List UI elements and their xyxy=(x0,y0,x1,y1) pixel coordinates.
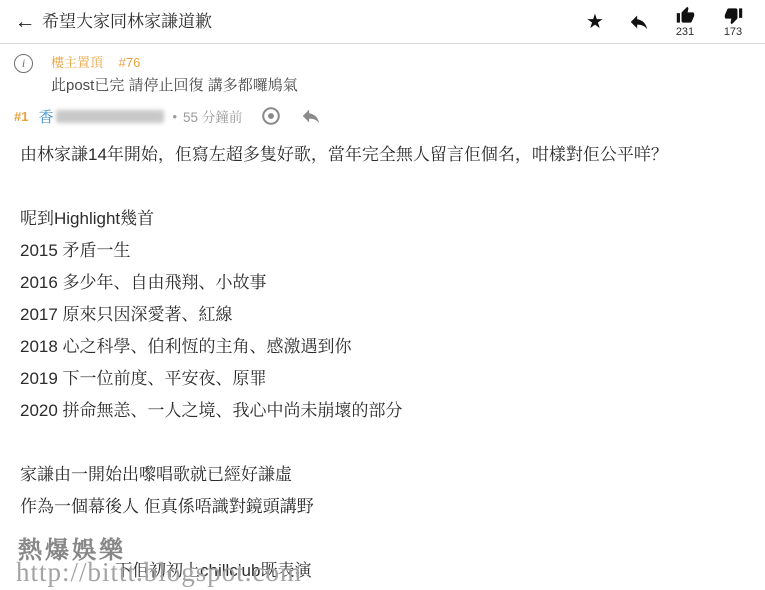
dislike-button[interactable]: 173 xyxy=(711,0,755,38)
star-icon: ★ xyxy=(586,9,604,34)
notice-body: 樓主置頂 #76 此post已完 請停止回復 講多都囉鳩氣 xyxy=(37,52,298,95)
content-line xyxy=(20,171,747,203)
top-app-bar: ← 希望大家同林家謙道歉 ★ 231 xyxy=(0,0,765,44)
content-line xyxy=(20,427,747,459)
back-arrow-icon: ← xyxy=(15,10,36,34)
content-line: 2016 多少年、自由飛翔、小故事 xyxy=(20,267,747,299)
pinned-notice: i 樓主置頂 #76 此post已完 請停止回復 講多都囉鳩氣 xyxy=(0,44,765,99)
pinned-post-number[interactable]: #76 xyxy=(119,55,141,70)
content-line-partially-obscured: 下佢初初上chillclub既表演 xyxy=(20,555,747,587)
eye-icon xyxy=(260,105,282,127)
content-line: 2018 心之科學、伯利恆的主角、感激遇到你 xyxy=(20,331,747,363)
notice-message: 此post已完 請停止回復 講多都囉鳩氣 xyxy=(51,74,298,95)
like-count: 231 xyxy=(676,26,694,38)
notice-header: 樓主置頂 #76 xyxy=(51,52,298,71)
post-header: #1 香 • 55 分鐘前 xyxy=(0,99,765,125)
reply-arrow-icon xyxy=(628,11,650,33)
content-line: 家謙由一開始出嚟唱歌就已經好謙虛 xyxy=(20,459,747,491)
content-line: 2020 拼命無恙、一人之境、我心中尚未崩壞的部分 xyxy=(20,395,747,427)
author-name-blurred xyxy=(56,110,164,123)
dot-separator: • xyxy=(172,109,177,124)
post-index[interactable]: #1 xyxy=(14,109,28,124)
thread-page: ← 希望大家同林家謙道歉 ★ 231 xyxy=(0,0,765,590)
author-link[interactable]: 香 xyxy=(38,106,164,127)
author-name-visible: 香 xyxy=(38,106,53,127)
content-line: 由林家謙14年開始，佢寫左超多隻好歌，當年完全無人留言佢個名，咁樣對佢公平咩？ xyxy=(20,139,747,171)
content-line: 2017 原來只因深愛著、紅線 xyxy=(20,299,747,331)
thumbs-down-icon xyxy=(724,6,743,25)
back-button[interactable]: ← xyxy=(8,0,42,43)
quote-reply-button[interactable] xyxy=(300,105,322,127)
content-line: 2019 下一位前度、平安夜、原罪 xyxy=(20,363,747,395)
dislike-count: 173 xyxy=(724,26,742,38)
info-icon: i xyxy=(14,54,33,73)
content-line: 2015 矛盾一生 xyxy=(20,235,747,267)
thumbs-up-icon xyxy=(676,6,695,25)
content-line: 呢到Highlight幾首 xyxy=(20,203,747,235)
pinned-label: 樓主置頂 xyxy=(51,55,103,70)
post-content: 由林家謙14年開始，佢寫左超多隻好歌，當年完全無人留言佢個名，咁樣對佢公平咩？ … xyxy=(0,125,765,587)
like-button[interactable]: 231 xyxy=(663,0,707,38)
post-time: 55 分鐘前 xyxy=(183,106,242,126)
bookmark-button[interactable]: ★ xyxy=(575,0,615,43)
share-reply-button[interactable] xyxy=(619,0,659,43)
content-line: 作為一個幕後人 佢真係唔識對鏡頭講野 xyxy=(20,491,747,523)
topbar-actions: ★ 231 xyxy=(575,0,755,43)
reply-arrow-icon xyxy=(300,105,322,127)
content-line xyxy=(20,523,747,555)
view-toggle-button[interactable] xyxy=(260,105,282,127)
thread-title: 希望大家同林家謙道歉 xyxy=(42,0,575,43)
